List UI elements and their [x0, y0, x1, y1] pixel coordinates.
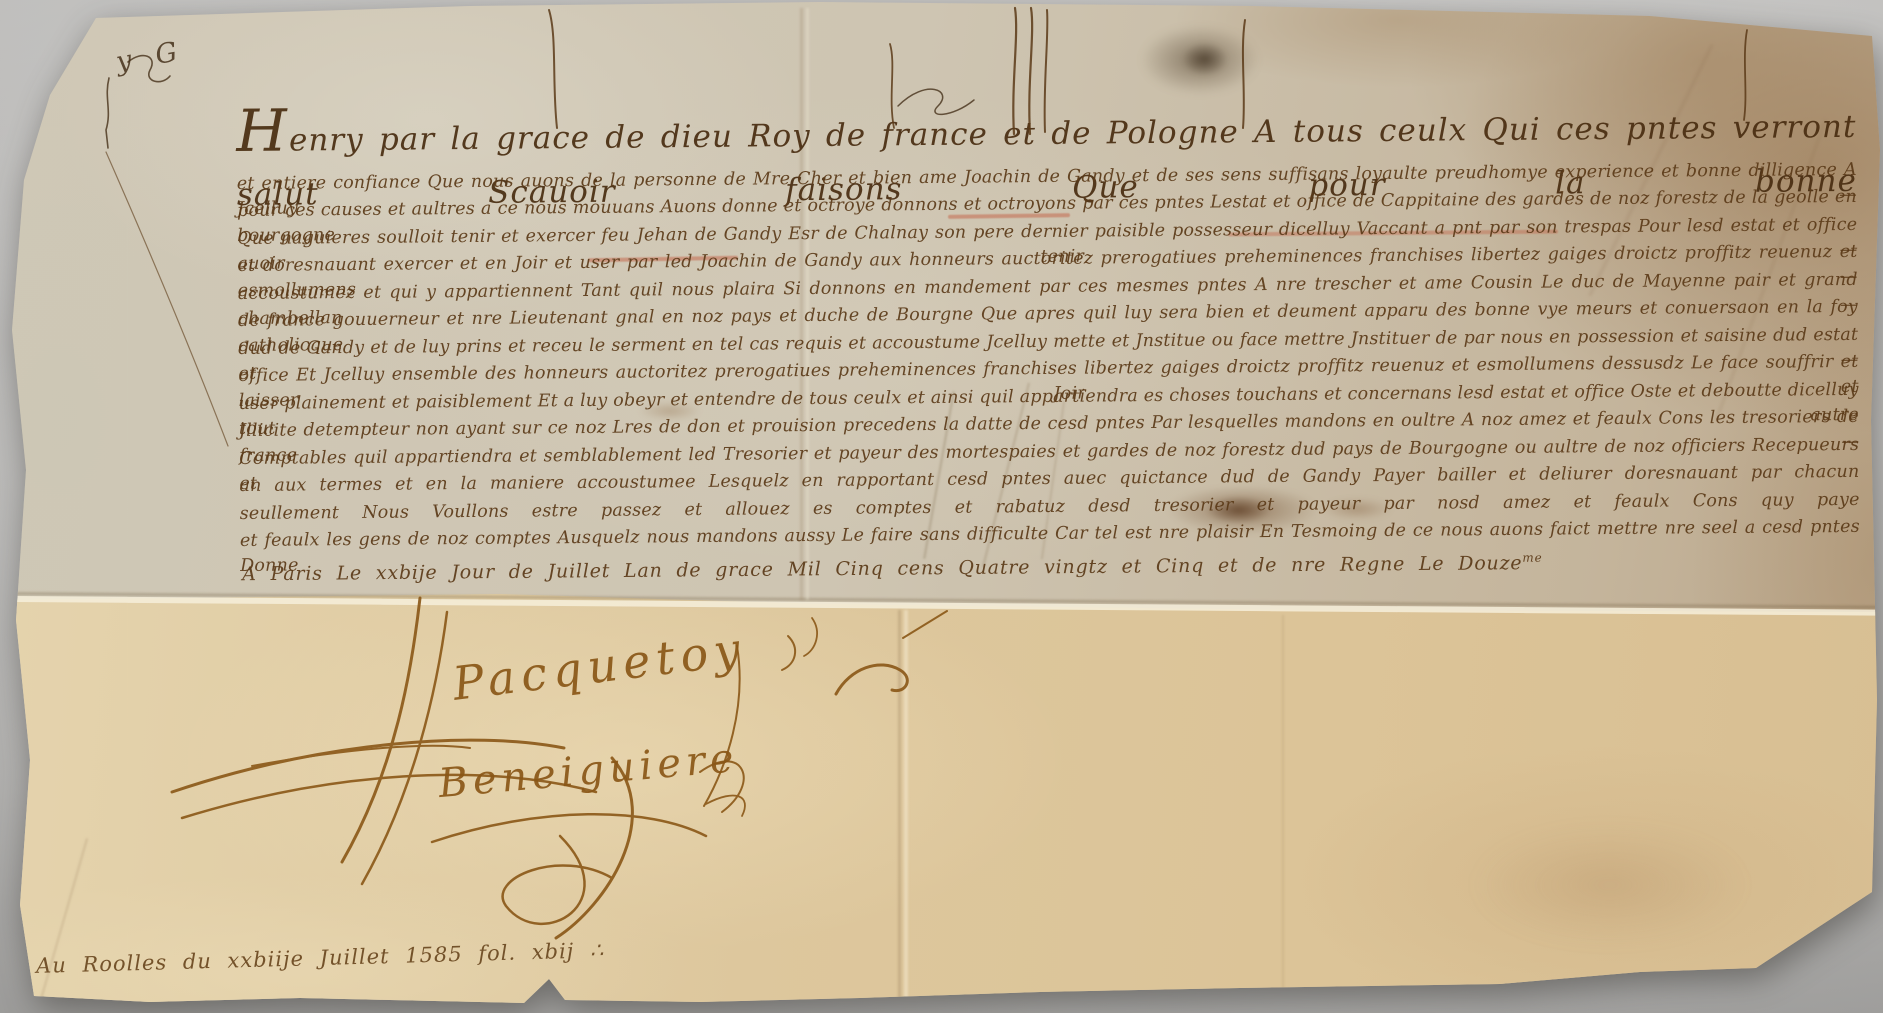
margin-pen-scratch — [106, 152, 228, 446]
archival-corner-mark: y G — [114, 36, 188, 78]
date-superscript: me — [1522, 551, 1542, 565]
date-text: A Paris Le xxbije Jour de Juillet Lan de… — [242, 552, 1522, 585]
photograph-of-parchment-document: Henry par la grace de dieu Roy de france… — [0, 0, 1883, 1013]
manuscript-heading-line: Henry par la grace de dieu Roy de france… — [236, 90, 1856, 166]
parchment-sheet: Henry par la grace de dieu Roy de france… — [0, 0, 1883, 1013]
parchment-wrap: Henry par la grace de dieu Roy de france… — [0, 0, 1883, 1013]
manuscript-text-block: Henry par la grace de dieu Roy de france… — [235, 0, 1861, 640]
